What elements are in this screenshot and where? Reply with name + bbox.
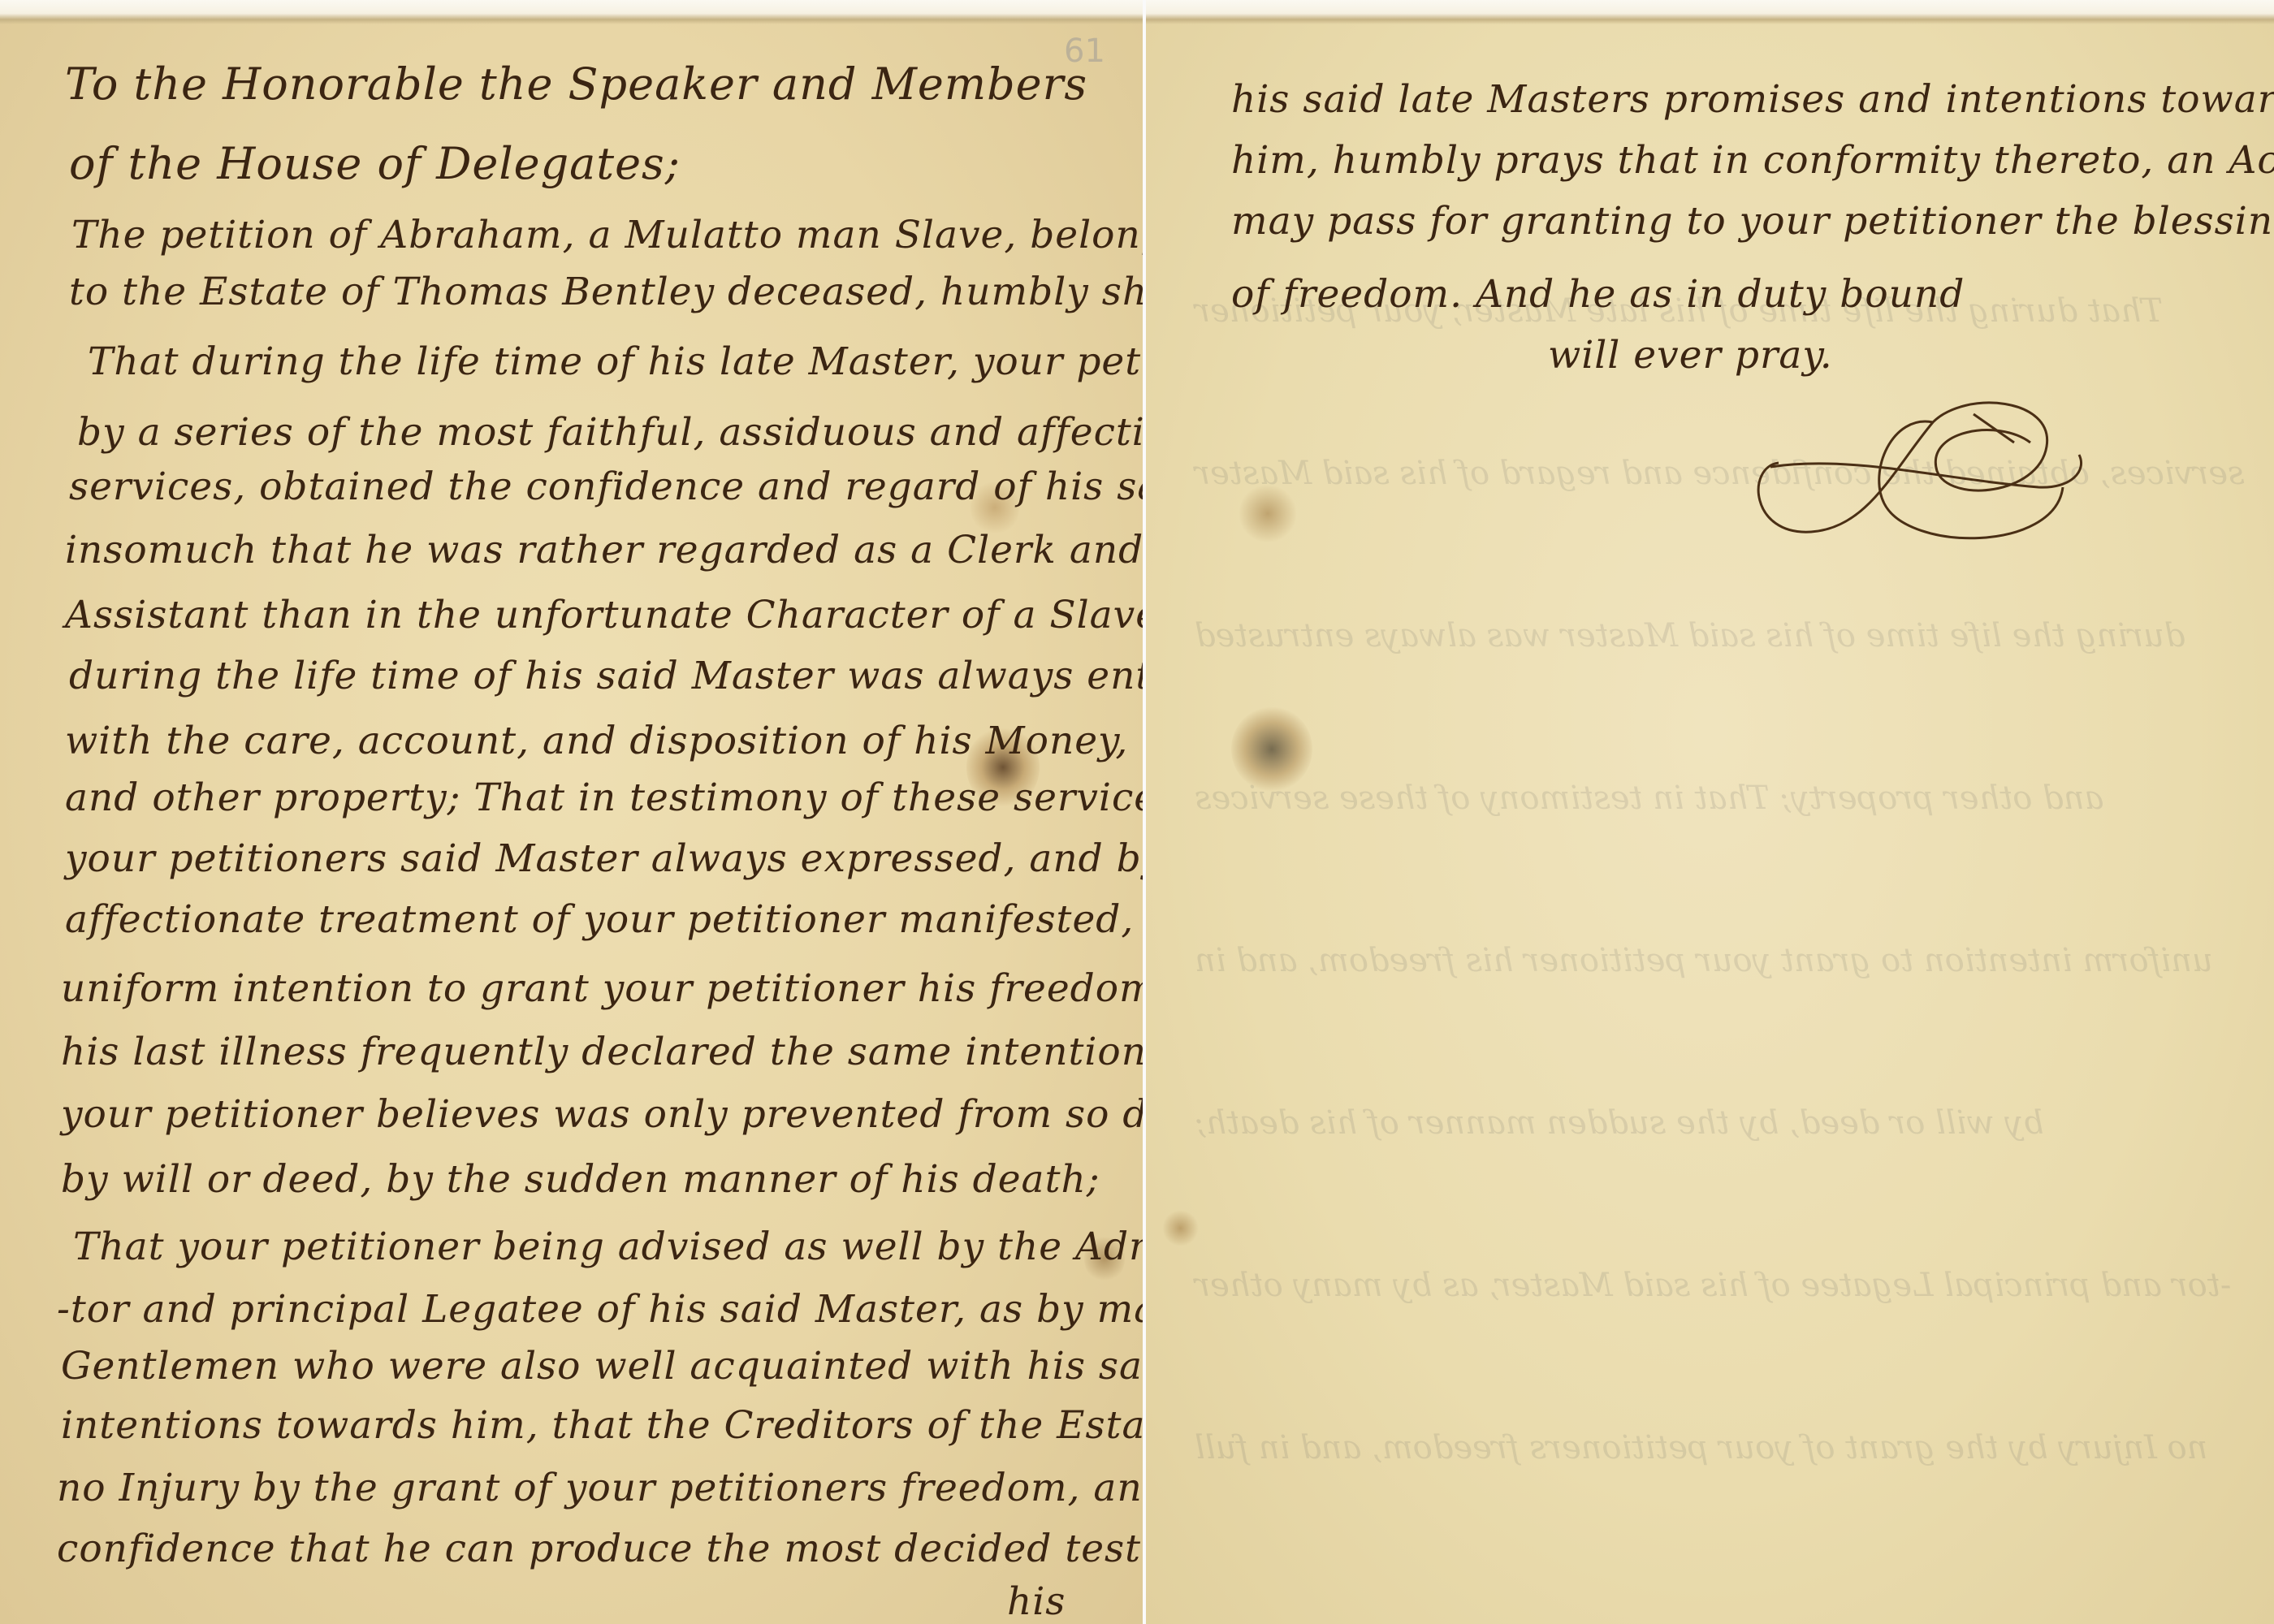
ink-stain (1162, 1210, 1199, 1246)
text-line: by a series of the most faithful, assidu… (77, 410, 1143, 455)
text-line: during the life time of his said Master … (69, 654, 1143, 698)
torn-top-edge (0, 0, 1143, 24)
text-line: -tor and principal Legatee of his said M… (57, 1287, 1143, 1332)
text-line: and other property; That in testimony of… (65, 775, 1143, 820)
text-line: no Injury by the grant of your petitione… (57, 1466, 1143, 1510)
text-line: his said late Masters promises and inten… (1231, 77, 2274, 122)
text-line: Gentlemen who were also well acquainted … (61, 1344, 1143, 1389)
bleed-through-text: and other property; That in testimony of… (1195, 780, 2103, 817)
bleed-through-text: by will or deed, by the sudden manner of… (1195, 1104, 2044, 1142)
bleed-through-text: during the life time of his said Master … (1195, 617, 2185, 654)
text-line: may pass for granting to your petitioner… (1231, 199, 2274, 244)
right-page: That during the life time of his late Ma… (1146, 0, 2274, 1624)
text-line: your petitioner believes was only preven… (61, 1092, 1143, 1137)
text-line: affectionate treatment of your petitione… (65, 897, 1143, 942)
text-line: That your petitioner being advised as we… (73, 1224, 1143, 1269)
bleed-through-text: uniform intention to grant your petition… (1195, 942, 2213, 979)
text-line: To the Honorable the Speaker and Members (65, 58, 1087, 110)
torn-top-edge (1146, 0, 2274, 24)
text-line: of the House of Delegates; (69, 138, 681, 189)
text-line: The petition of Abraham, a Mulatto man S… (71, 213, 1143, 257)
text-line: Assistant than in the unfortunate Charac… (65, 593, 1143, 637)
catchword: his (1007, 1579, 1066, 1624)
ink-stain (1231, 706, 1312, 792)
text-line: will ever pray. (1548, 333, 1833, 378)
text-line: uniform intention to grant your petition… (61, 966, 1143, 1011)
text-line: your petitioners said Master always expr… (65, 836, 1143, 881)
text-line: insomuch that he was rather regarded as … (65, 528, 1143, 572)
text-line: his last illness frequently declared the… (61, 1030, 1143, 1074)
text-line: confidence that he can produce the most … (57, 1527, 1143, 1571)
text-line: by will or deed, by the sudden manner of… (61, 1157, 1100, 1202)
text-line: of freedom. And he as in duty bound (1231, 272, 1965, 317)
left-page: 61 To the Honorable the Speaker and Memb… (0, 0, 1143, 1624)
bleed-through-text: no Injury by the grant of your petitione… (1195, 1429, 2207, 1466)
signature-flourish (1730, 374, 2120, 552)
bleed-through-text: -tor and principal Legatee of his said M… (1195, 1267, 2231, 1304)
text-line: with the care, account, and disposition … (65, 719, 1143, 763)
text-line: That during the life time of his late Ma… (88, 339, 1143, 384)
text-line: to the Estate of Thomas Bentley deceased… (69, 270, 1143, 314)
text-line: intentions towards him, that the Credito… (61, 1403, 1143, 1448)
ink-stain (1239, 483, 1296, 544)
text-line: him, humbly prays that in conformity the… (1231, 138, 2274, 183)
text-line: services, obtained the confidence and re… (69, 464, 1143, 509)
